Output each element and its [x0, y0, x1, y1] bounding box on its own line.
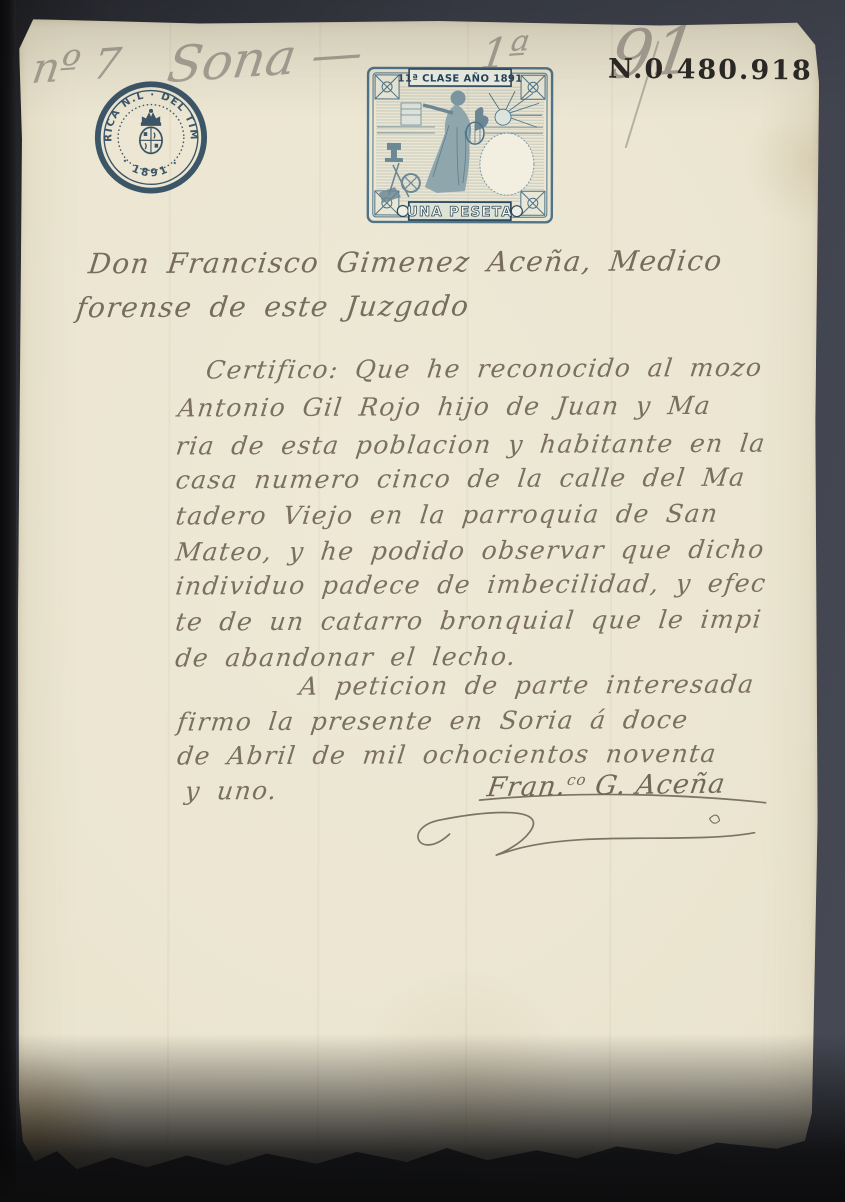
revenue-stamp-vignette: 11ª CLASE AÑO 1891 UNA PESETA [365, 65, 555, 225]
body-line: de abandonar el lecho. [174, 642, 518, 673]
signature-flourish [409, 792, 789, 873]
body-line: de Abril de mil ochocientos noventa [176, 739, 719, 771]
body-line: y uno. [184, 776, 280, 805]
body-line: individuo padece de imbecilidad, y efec [174, 569, 768, 601]
paper-fold-line [317, 20, 321, 1185]
stamp-embossing-oval [480, 133, 534, 195]
body-line: A peticion de parte interesada [298, 670, 756, 701]
svg-text:· 1891 ·: · 1891 · [119, 155, 183, 180]
body-line: Antonio Gil Rojo hijo de Juan y Ma [176, 391, 713, 423]
body-line: tadero Viejo en la parroquia de San [174, 499, 720, 531]
seal-year-text: · 1891 · [119, 155, 183, 180]
timbre-factory-seal: FABRICA N.L · DEL TIMBRE · 1891 · [93, 79, 209, 195]
paper-fold-line [609, 20, 613, 1185]
body-line: Mateo, y he podido observar que dicho [174, 535, 767, 567]
heading-line-1: Don Francisco Gimenez Aceña, Medico [87, 244, 725, 280]
document-paper: nº 7 Sona — 1ª 91 N.0.480.918 FABRICA N.… [17, 19, 819, 1186]
seal-shield-icon [140, 127, 162, 153]
stamp-class-text: 11ª CLASE AÑO 1891 [398, 71, 523, 84]
body-line: casa numero cinco de la calle del Ma [174, 463, 747, 495]
photo-backdrop-left-edge [0, 0, 16, 1202]
heading-line-2: forense de este Juzgado [75, 289, 472, 324]
body-line: firmo la presente en Soria á doce [176, 705, 691, 736]
stamp-value-text: UNA PESETA [407, 204, 513, 220]
body-line: Certifico: Que he reconocido al mozo [204, 353, 764, 385]
seal-crown-icon [141, 109, 160, 125]
serial-number: N.0.480.918 [608, 54, 813, 87]
body-line: ria de esta poblacion y habitante en la [174, 429, 767, 461]
body-line: te de un catarro bronquial que le impi [174, 605, 764, 637]
